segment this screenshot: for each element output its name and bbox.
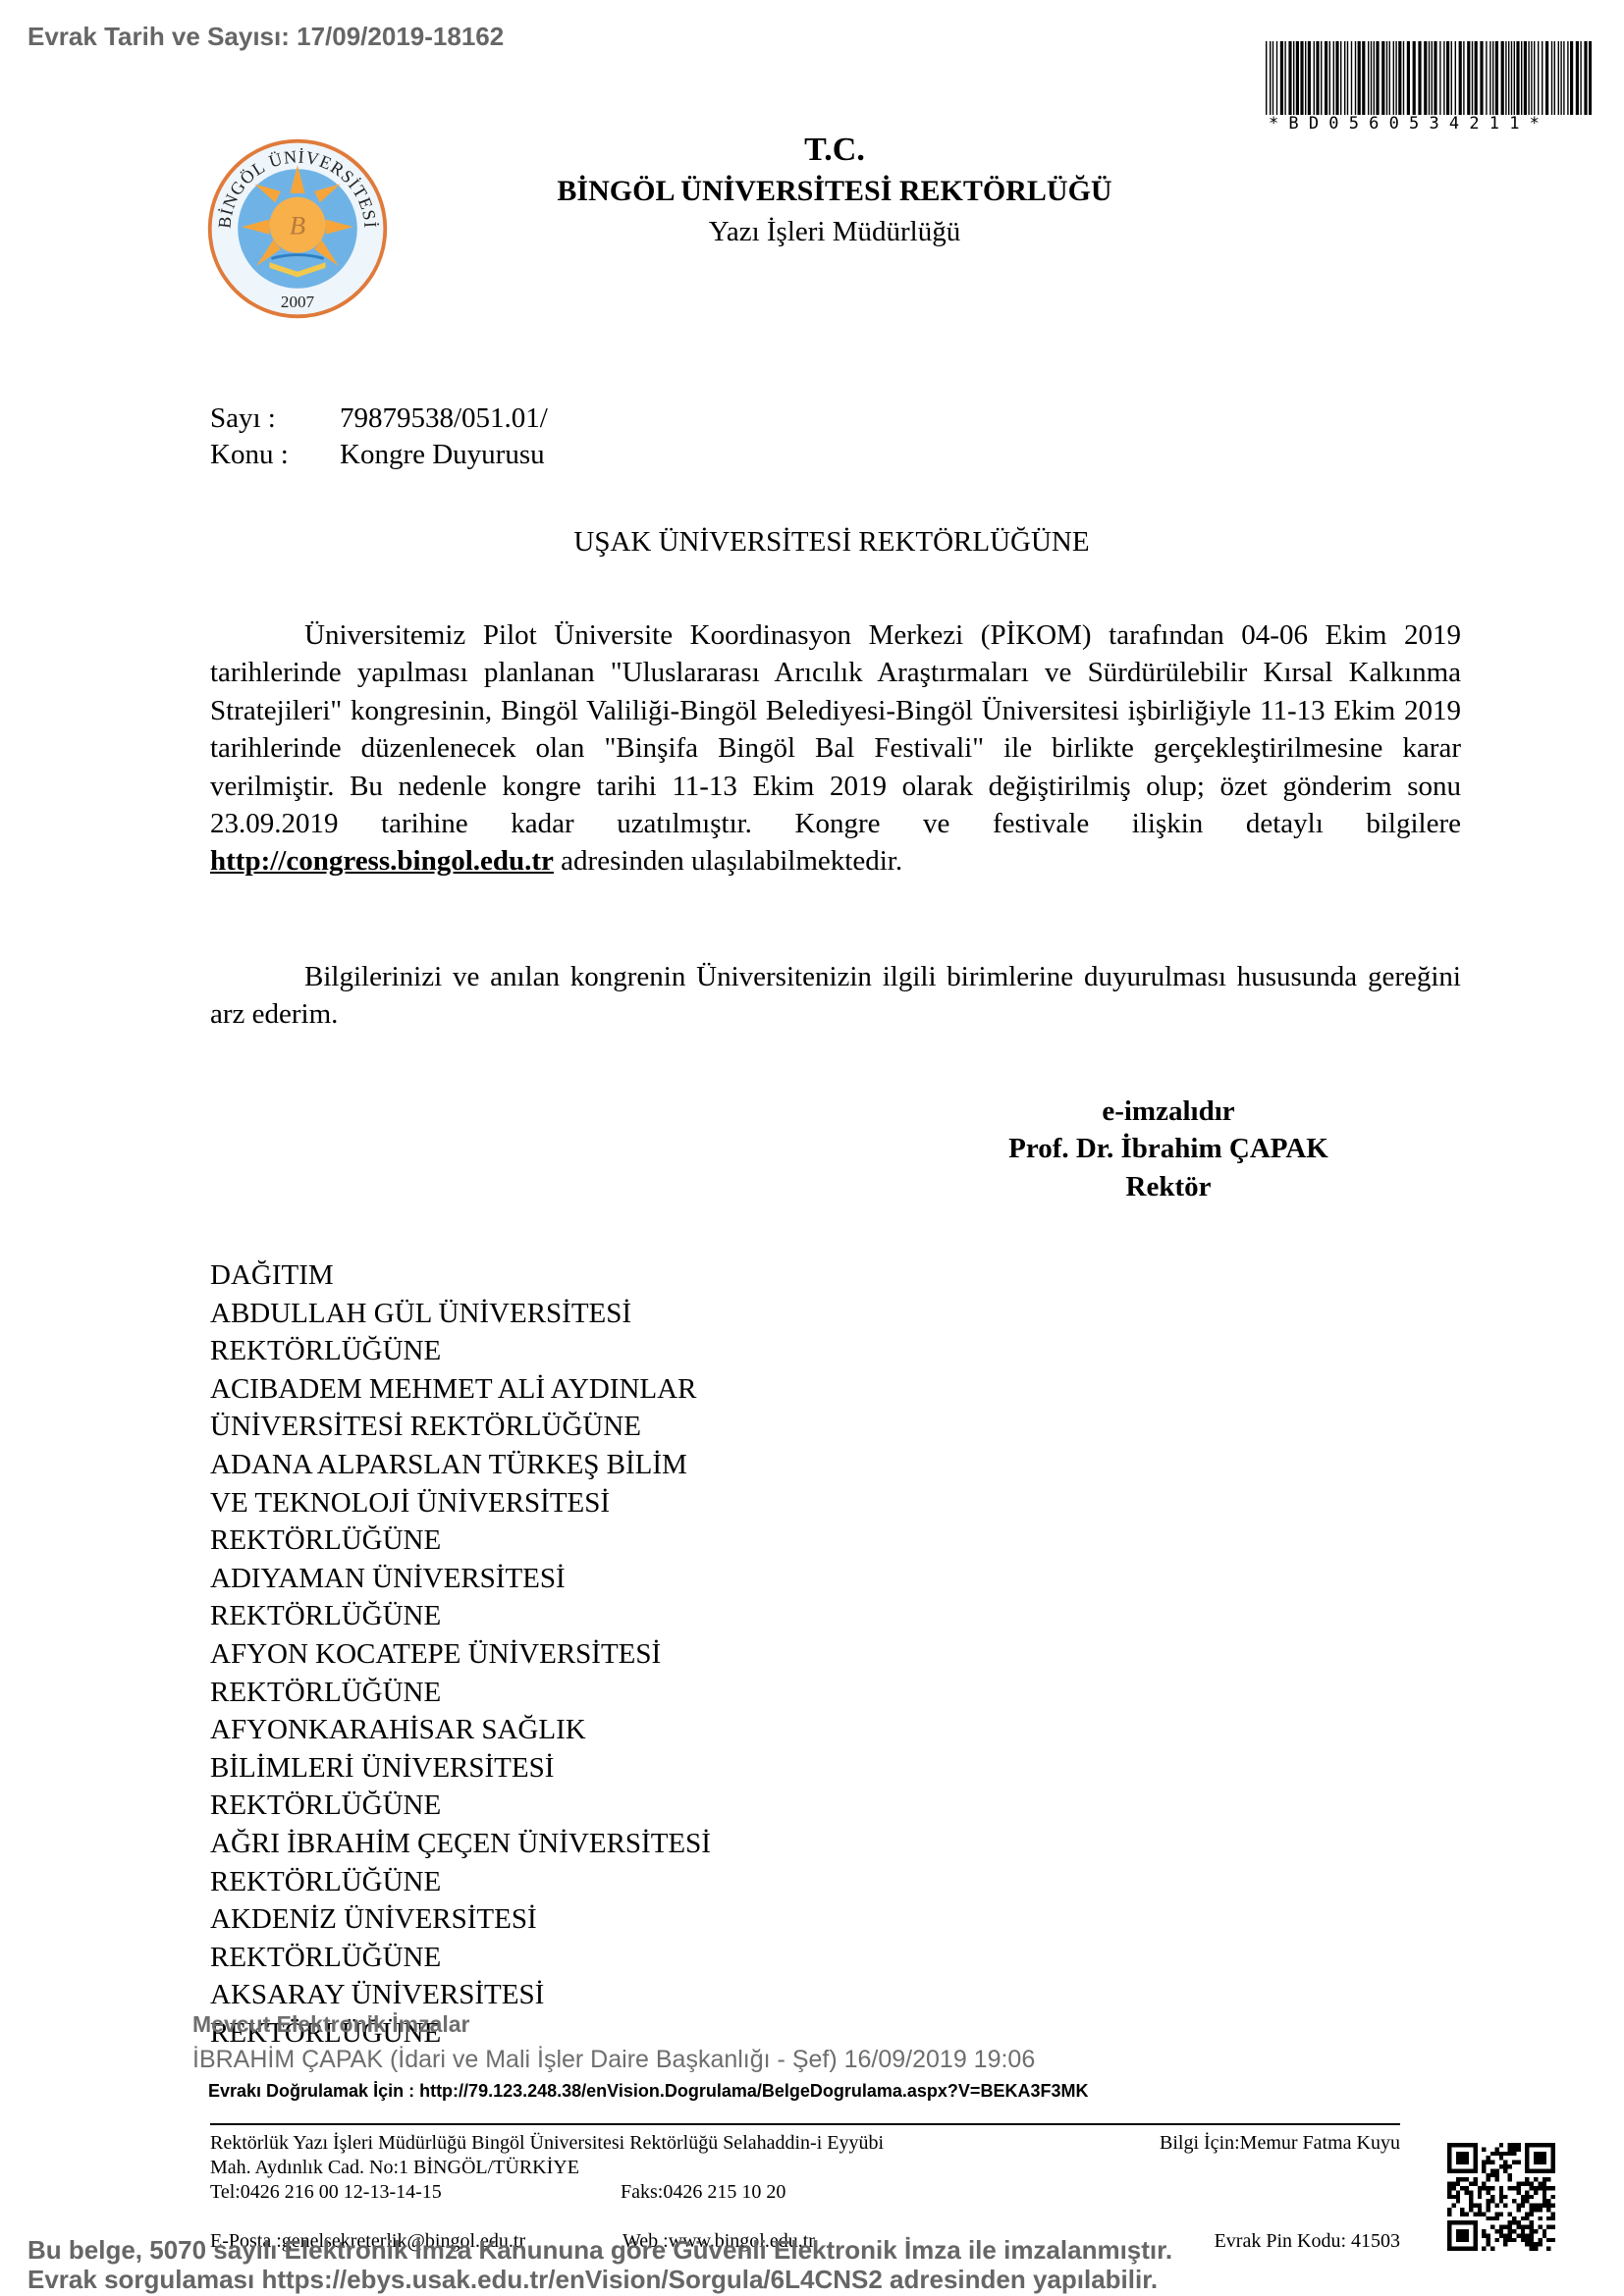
verification-link[interactable]: Evrakı Doğrulamak İçin : http://79.123.2… — [208, 2081, 1088, 2102]
distribution-line: ÜNİVERSİTESİ REKTÖRLÜĞÜNE — [210, 1408, 711, 1446]
congress-link[interactable]: http://congress.bingol.edu.tr — [210, 845, 554, 877]
header-department: Yazı İşleri Müdürlüğü — [137, 216, 1532, 248]
distribution-line: AKDENİZ ÜNİVERSİTESİ — [210, 1900, 711, 1939]
document-query-notice: Evrak sorgulaması https://ebys.usak.edu.… — [27, 2265, 1158, 2295]
signatory-title: Rektör — [903, 1171, 1434, 1203]
distribution-line: REKTÖRLÜĞÜNE — [210, 1787, 711, 1825]
para1-text-end: adresinden ulaşılabilmektedir. — [554, 845, 902, 877]
konu-label: Konu : — [210, 439, 340, 471]
distribution-line: REKTÖRLÜĞÜNE — [210, 1674, 711, 1712]
distribution-line: REKTÖRLÜĞÜNE — [210, 1597, 711, 1635]
footer-phone: Tel:0426 216 00 12-13-14-15 — [210, 2181, 442, 2204]
para2-text: Bilgilerinizi ve anılan kongrenin Üniver… — [210, 961, 1461, 1030]
distribution-line: ABDULLAH GÜL ÜNİVERSİTESİ — [210, 1295, 711, 1333]
footer-fax: Faks:0426 215 10 20 — [621, 2181, 785, 2204]
konu-value: Kongre Duyurusu — [340, 439, 545, 470]
distribution-line: AFYONKARAHİSAR SAĞLIK — [210, 1711, 711, 1749]
sayi-label: Sayı : — [210, 402, 340, 435]
signature-note: e-imzalıdır — [903, 1095, 1434, 1128]
distribution-line: REKTÖRLÜĞÜNE — [210, 1939, 711, 1977]
distribution-list: DAĞITIM ABDULLAH GÜL ÜNİVERSİTESİREKTÖRL… — [210, 1256, 711, 2052]
distribution-line: AKSARAY ÜNİVERSİTESİ — [210, 1976, 711, 2014]
electronic-signatures-title: Mevcut Elektronik İmzalar — [192, 2011, 470, 2038]
signatory-name: Prof. Dr. İbrahim ÇAPAK — [903, 1133, 1434, 1165]
distribution-line: ADANA ALPARSLAN TÜRKEŞ BİLİM — [210, 1446, 711, 1484]
e-signature-legal-notice: Bu belge, 5070 sayılı Elektronik İmza Ka… — [27, 2235, 1172, 2266]
sayi-value: 79879538/051.01/ — [340, 402, 548, 434]
electronic-signer: İBRAHİM ÇAPAK (İdari ve Mali İşler Daire… — [192, 2046, 1035, 2074]
meta-number-row: Sayı :79879538/051.01/ — [210, 402, 548, 435]
footer-divider — [210, 2123, 1400, 2125]
distribution-line: AĞRI İBRAHİM ÇEÇEN ÜNİVERSİTESİ — [210, 1825, 711, 1863]
barcode-number: *BD0560534211* — [1269, 114, 1593, 133]
recipient: UŞAK ÜNİVERSİTESİ REKTÖRLÜĞÜNE — [154, 526, 1509, 559]
header-institution: BİNGÖL ÜNİVERSİTESİ REKTÖRLÜĞÜ — [137, 175, 1532, 208]
qr-code-icon — [1447, 2143, 1555, 2251]
document-date-number-stamp: Evrak Tarih ve Sayısı: 17/09/2019-18162 — [27, 22, 504, 52]
footer-address-line1: Rektörlük Yazı İşleri Müdürlüğü Bingöl Ü… — [210, 2132, 884, 2155]
distribution-line: REKTÖRLÜĞÜNE — [210, 1522, 711, 1560]
body-paragraph-2: Bilgilerinizi ve anılan kongrenin Üniver… — [210, 958, 1461, 1034]
distribution-line: VE TEKNOLOJİ ÜNİVERSİTESİ — [210, 1484, 711, 1522]
distribution-line: AFYON KOCATEPE ÜNİVERSİTESİ — [210, 1635, 711, 1674]
distribution-line: BİLİMLERİ ÜNİVERSİTESİ — [210, 1749, 711, 1788]
distribution-line: REKTÖRLÜĞÜNE — [210, 1863, 711, 1901]
distribution-line: REKTÖRLÜĞÜNE — [210, 1332, 711, 1370]
footer-contact-info: Bilgi İçin:Memur Fatma Kuyu — [1127, 2132, 1400, 2155]
footer-address-line2: Mah. Aydınlık Cad. No:1 BİNGÖL/TÜRKİYE — [210, 2157, 579, 2179]
distribution-heading: DAĞITIM — [210, 1256, 711, 1295]
distribution-lines: ABDULLAH GÜL ÜNİVERSİTESİREKTÖRLÜĞÜNEACI… — [210, 1295, 711, 2053]
distribution-line: ACIBADEM MEHMET ALİ AYDINLAR — [210, 1370, 711, 1409]
header-tc: T.C. — [137, 132, 1532, 169]
distribution-line: ADIYAMAN ÜNİVERSİTESİ — [210, 1560, 711, 1598]
para1-text: Üniversitemiz Pilot Üniversite Koordinas… — [210, 619, 1461, 839]
barcode-icon — [1266, 41, 1592, 115]
body-paragraph-1: Üniversitemiz Pilot Üniversite Koordinas… — [210, 616, 1461, 881]
meta-subject-row: Konu :Kongre Duyurusu — [210, 439, 545, 471]
svg-text:2007: 2007 — [281, 293, 315, 311]
